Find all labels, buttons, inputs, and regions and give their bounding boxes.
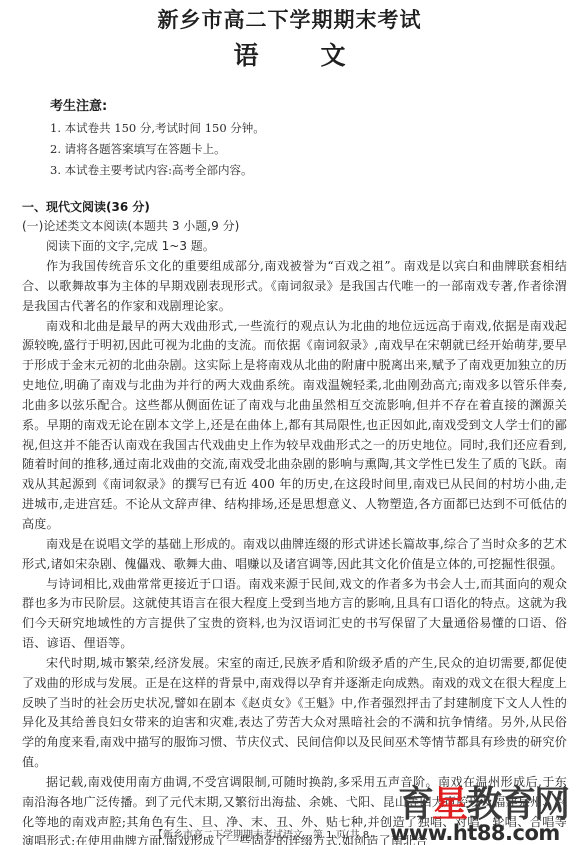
subsection-heading: (一)论述类文本阅读(本题共 3 小题,9 分)	[22, 217, 567, 236]
notice-item: 1. 本试卷共 150 分,考试时间 150 分钟。	[50, 118, 265, 139]
passage-paragraph: 与诗词相比,戏曲常常更接近于口语。南戏来源于民间,戏文的作者多为书会人士,而其面…	[22, 575, 567, 654]
passage-paragraph: 作为我国传统音乐文化的重要组成部分,南戏被誉为“百戏之祖”。南戏是以宾白和曲牌联…	[22, 257, 567, 317]
passage-paragraph: 南戏和北曲是最早的两大戏曲形式,一些流行的观点认为北曲的地位远远高于南戏,依据是…	[22, 317, 567, 535]
notice-item: 3. 本试卷主要考试内容:高考全部内容。	[50, 160, 265, 181]
page-footer: 【新乡市高二下学期期末考试语文 第 1 页(共 8	[153, 826, 369, 841]
subject-char-2: 文	[321, 36, 346, 72]
passage-paragraph: 南戏是在说唱文学的基础上形成的。南戏以曲牌连缀的形式讲述长篇故事,综合了当时众多…	[22, 535, 567, 575]
watermark-char: 育	[398, 784, 432, 825]
exam-title: 新乡市高二下学期期末考试	[0, 4, 579, 34]
watermark-logo-text: 育星教育网	[398, 786, 568, 824]
watermark-char: 教育网	[466, 784, 568, 825]
reading-section: 一、现代文阅读(36 分) (一)论述类文本阅读(本题共 3 小题,9 分) 阅…	[22, 197, 567, 845]
watermark-url: www.ht88.com	[390, 822, 560, 844]
exam-page: 新乡市高二下学期期末考试 语文 考生注意: 1. 本试卷共 150 分,考试时间…	[0, 0, 579, 845]
subject-char-1: 语	[233, 36, 258, 72]
subject-title: 语文	[0, 36, 579, 72]
reading-instruction: 阅读下面的文字,完成 1~3 题。	[22, 236, 567, 257]
notice-title: 考生注意:	[50, 96, 265, 118]
notice-item: 2. 请将各题答案填写在答题卡上。	[50, 139, 265, 160]
site-watermark: 育星教育网 www.ht88.com	[398, 786, 579, 845]
section-heading: 一、现代文阅读(36 分)	[22, 197, 567, 217]
passage-paragraph: 宋代时期,城市繁荣,经济发展。宋室的南迁,民族矛盾和阶级矛盾的产生,民众的迫切需…	[22, 654, 567, 773]
watermark-char-red: 星	[432, 784, 466, 825]
candidate-notice: 考生注意: 1. 本试卷共 150 分,考试时间 150 分钟。 2. 请将各题…	[50, 96, 265, 181]
